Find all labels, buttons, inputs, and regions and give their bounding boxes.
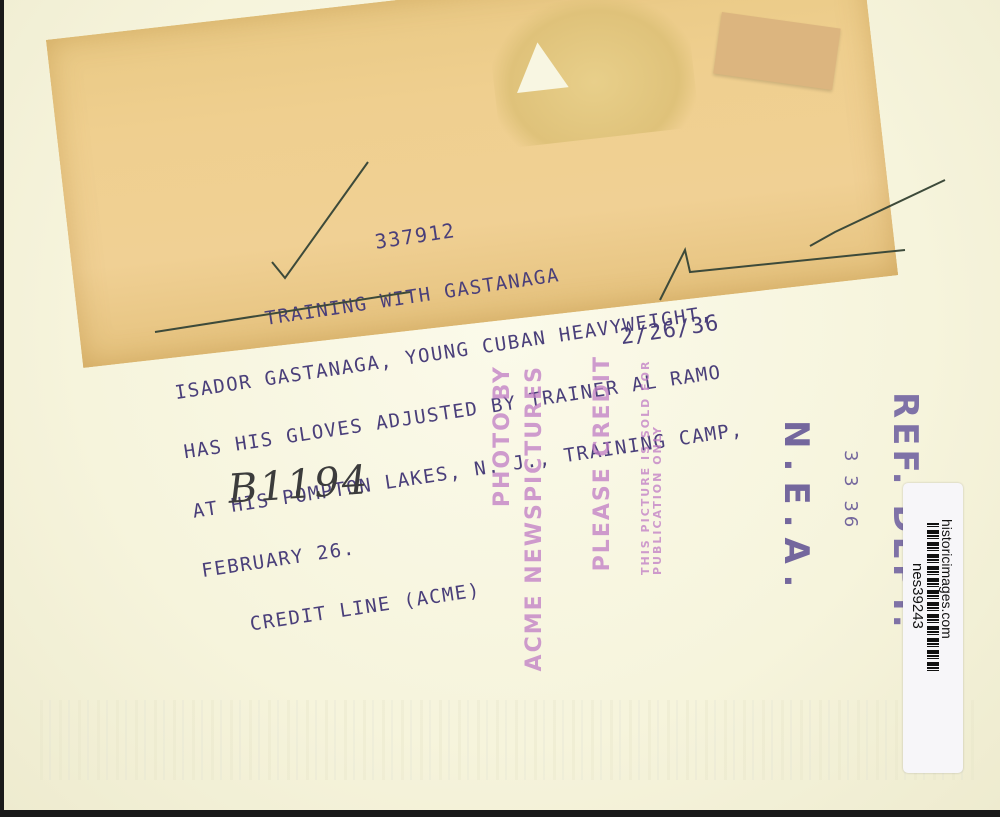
label-site: historicimages.com	[939, 519, 955, 639]
underline-stroke	[155, 292, 410, 332]
arrow-stroke	[660, 250, 905, 300]
acme-stamp-line: THIS PICTURE IS SOLD FOR PUBLICATION ONL…	[640, 345, 664, 575]
barcode-icon	[927, 523, 939, 673]
nea-stamp: N.E.A.	[776, 420, 816, 597]
acme-stamp-line: PLEASE CREDIT	[590, 355, 615, 571]
handwritten-note: B1194	[227, 457, 371, 513]
received-date-stamp: 3 3 36	[840, 450, 861, 531]
checkmark-icon	[272, 162, 368, 278]
acme-stamp-line: PHOTO BY	[490, 365, 515, 507]
checkmark-icon	[810, 180, 945, 246]
label-id: nes39243	[909, 563, 926, 629]
acme-stamp-line: ACME NEWSPICTURES	[522, 365, 547, 671]
archive-label: historicimages.com nes39243	[903, 483, 963, 773]
